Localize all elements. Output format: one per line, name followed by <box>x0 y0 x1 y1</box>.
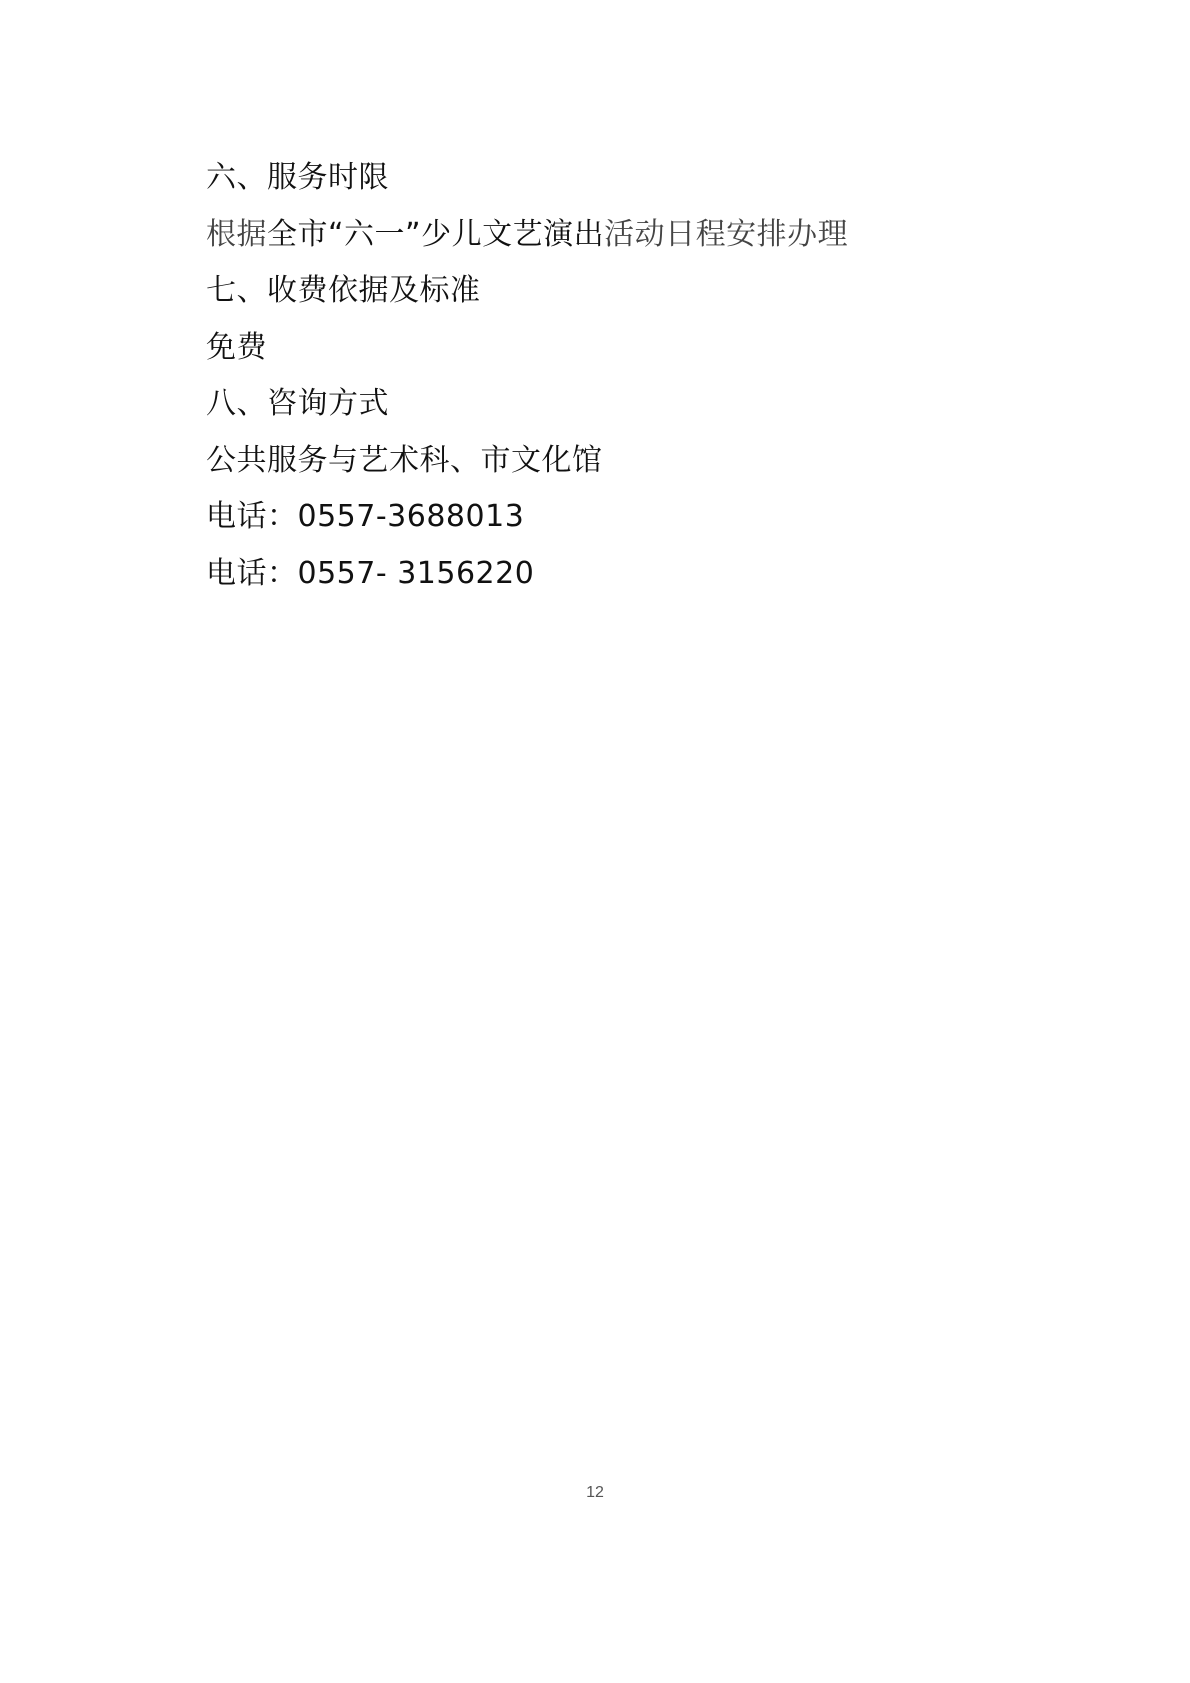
section-heading-consultation: 八、咨询方式 <box>206 376 1006 433</box>
document-page: 六、服务时限 根据全市“六一”少儿文艺演出活动日程安排办理 七、收费依据及标准 … <box>0 0 1190 1683</box>
phone-number-1: 电话：0557-3688013 <box>206 489 1006 546</box>
phone-number-2: 电话：0557- 3156220 <box>206 546 1006 603</box>
section-heading-service-time: 六、服务时限 <box>206 150 1006 207</box>
service-time-text-part-1: 根据 <box>206 217 267 252</box>
service-time-text-part-2: 全市“六一”少儿文艺演出 <box>267 217 604 252</box>
page-number: 12 <box>0 1484 1190 1502</box>
service-time-text: 根据全市“六一”少儿文艺演出活动日程安排办理 <box>206 207 1006 264</box>
page-content: 六、服务时限 根据全市“六一”少儿文艺演出活动日程安排办理 七、收费依据及标准 … <box>206 150 1006 602</box>
service-time-text-part-3: 活动日程安排办理 <box>604 217 848 252</box>
section-heading-fee-basis: 七、收费依据及标准 <box>206 263 1006 320</box>
consultation-departments: 公共服务与艺术科、市文化馆 <box>206 433 1006 490</box>
fee-text: 免费 <box>206 320 1006 377</box>
